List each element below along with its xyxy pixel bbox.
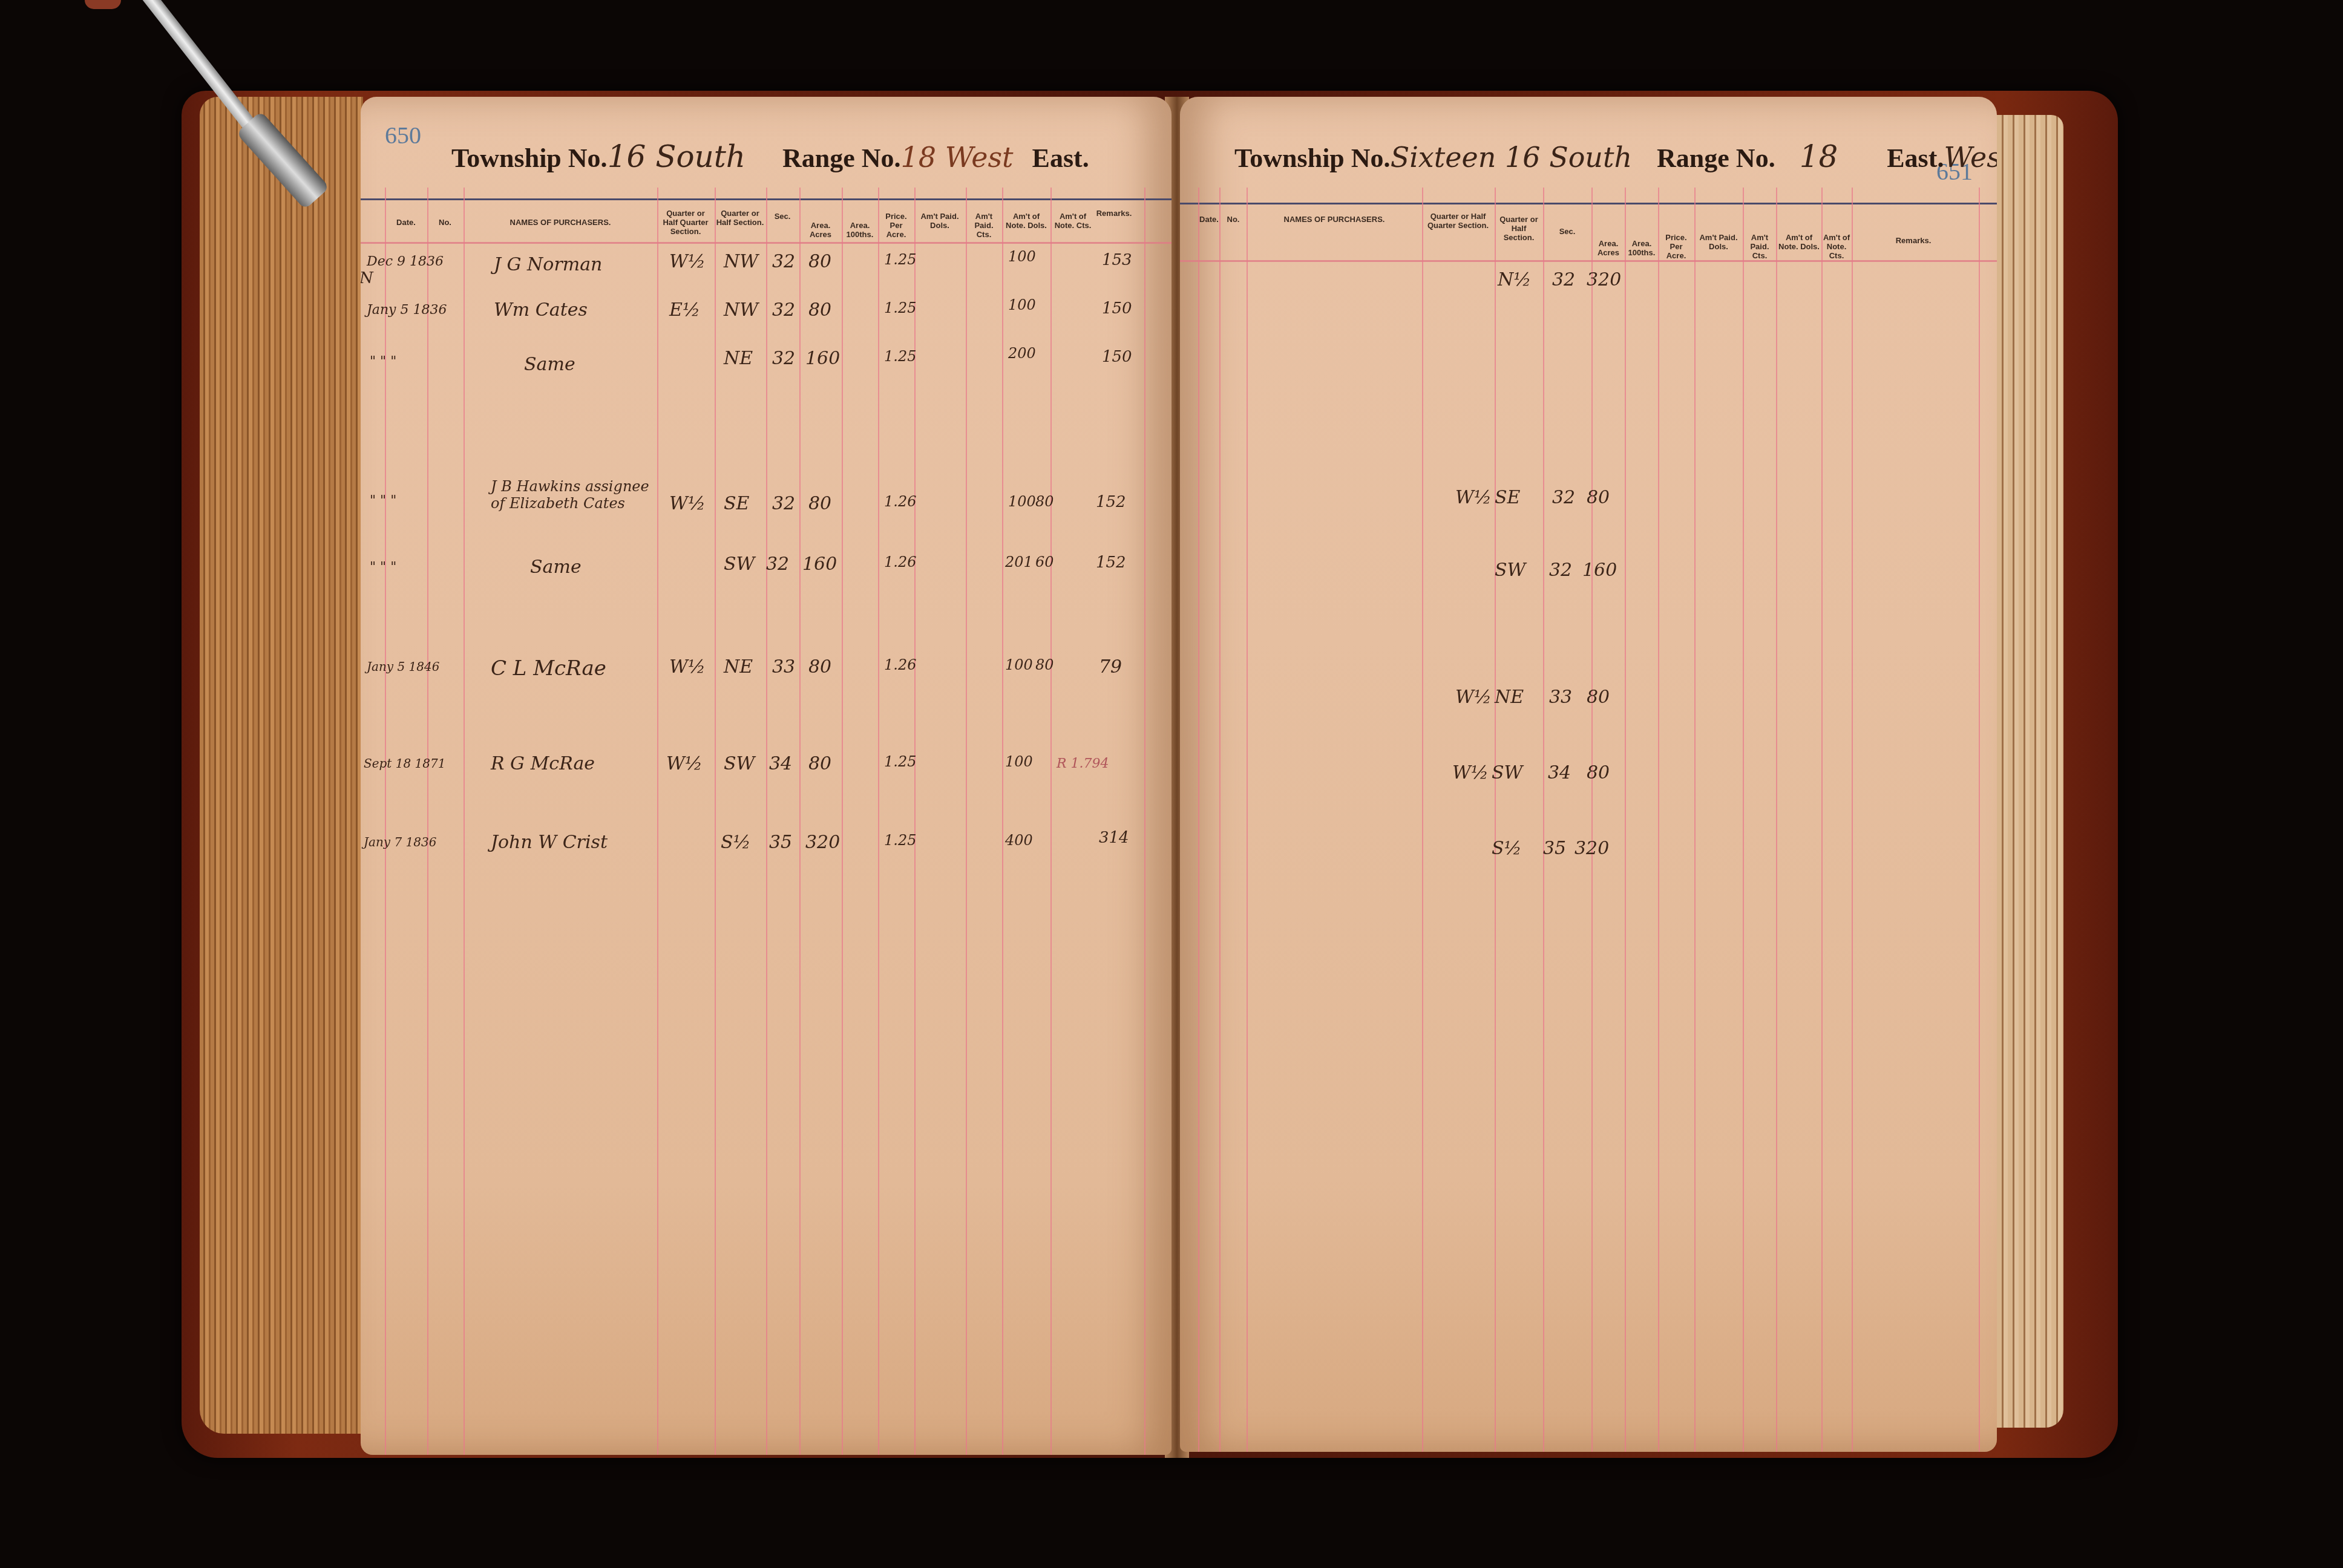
col-100ths: Area. 100ths.: [1626, 239, 1657, 257]
col-paid-cts: Am't Paid. Cts.: [967, 212, 1001, 239]
red-annotation: R 1.794: [1057, 756, 1109, 771]
right-page: 651 Township No.Sixteen 16 South Range N…: [1180, 97, 1997, 1452]
col-paid-dols: Am't Paid. Dols.: [1696, 233, 1742, 251]
col-qs: Quarter or Half Section.: [1496, 215, 1542, 242]
col-acres: Area. Acres: [1593, 239, 1624, 257]
left-page: 650 Township No.16 South Range No.18 Wes…: [361, 97, 1171, 1455]
range-label: Range No.: [1657, 143, 1775, 173]
table-row: Jany 5 1846 C L McRae W½ NE 33 80 1.26 1…: [361, 647, 1171, 696]
range-value: 18 West: [901, 141, 1014, 174]
table-row: " " " Same NE 32 160 1.25 200 150: [361, 339, 1171, 387]
ledger-photo: 650 Township No.16 South Range No.18 Wes…: [0, 0, 2343, 1568]
right-page-stack: [1997, 115, 2063, 1428]
col-price: Price. Per Acre.: [879, 212, 913, 239]
col-sec: Sec.: [767, 212, 798, 221]
col-sec: Sec.: [1544, 227, 1590, 236]
col-qqs: Quarter or Half Quarter Section.: [658, 209, 713, 236]
table-row: Jany 7 1836 John W Crist S½ 35 320 1.25 …: [361, 820, 1171, 868]
page-heading: Township No.16 South Range No.18 West Ea…: [451, 139, 1089, 174]
col-100ths: Area. 100ths.: [843, 221, 877, 239]
col-names: NAMES OF PURCHASERS.: [1250, 215, 1419, 224]
left-page-stack: [200, 97, 363, 1434]
col-paid-cts: Am't Paid. Cts.: [1744, 233, 1775, 260]
table-row: Dec 9 1836 J G Norman W½ NW 32 80 1.25 1…: [361, 242, 1171, 290]
col-date: Date.: [1198, 215, 1220, 224]
col-qqs: Quarter or Half Quarter Section.: [1423, 212, 1493, 230]
direction-label: East.: [1032, 143, 1089, 173]
direction-label: East.: [1887, 143, 1944, 173]
page-number: 650: [385, 121, 421, 149]
col-remarks: Remarks.: [1087, 209, 1141, 218]
township-label: Township No.: [1234, 143, 1391, 173]
table-row: W½ NE 33 80: [1180, 678, 1997, 726]
township-value: Sixteen 16 South: [1391, 141, 1632, 174]
page-heading: Township No.Sixteen 16 South Range No.18…: [1234, 139, 1997, 174]
table-row: " " " J B Hawkins assignee of Elizabeth …: [361, 472, 1171, 544]
table-row: S½ 35 320: [1180, 829, 1997, 877]
range-value: 18: [1800, 139, 1838, 174]
header-rule: [1180, 203, 1997, 204]
direction-value: West: [1944, 141, 1997, 174]
table-row: " " " Same SW 32 160 1.26 201 60 152: [361, 544, 1171, 593]
table-row: Sept 18 1871 R G McRae W½ SW 34 80 1.25 …: [361, 744, 1171, 792]
finger-tip: [85, 0, 121, 9]
col-no: No.: [428, 218, 462, 227]
table-row: Jany 5 1836 Wm Cates E½ NW 32 80 1.25 10…: [361, 290, 1171, 339]
township-value: 16 South: [608, 139, 745, 174]
col-names: NAMES OF PURCHASERS.: [467, 218, 654, 227]
col-price: Price. Per Acre.: [1659, 233, 1693, 260]
table-row: N½ 32 320: [1180, 260, 1997, 309]
col-note-dols: Am't of Note. Dols.: [1777, 233, 1821, 251]
range-label: Range No.: [782, 143, 901, 173]
col-note-dols: Am't of Note. Dols.: [1003, 212, 1049, 230]
table-row: SW 32 160: [1180, 550, 1997, 599]
col-acres: Area. Acres: [801, 221, 841, 239]
col-no: No.: [1220, 215, 1247, 224]
col-qs: Quarter or Half Section.: [716, 209, 764, 227]
table-row: W½ SW 34 80: [1180, 753, 1997, 802]
township-label: Township No.: [451, 143, 608, 173]
col-date: Date.: [388, 218, 424, 227]
table-row: W½ SE 32 80: [1180, 478, 1997, 526]
col-note-cts: Am't of Note. Cts.: [1823, 233, 1850, 260]
col-remarks: Remarks.: [1853, 236, 1974, 245]
col-paid-dols: Am't Paid. Dols.: [916, 212, 964, 230]
